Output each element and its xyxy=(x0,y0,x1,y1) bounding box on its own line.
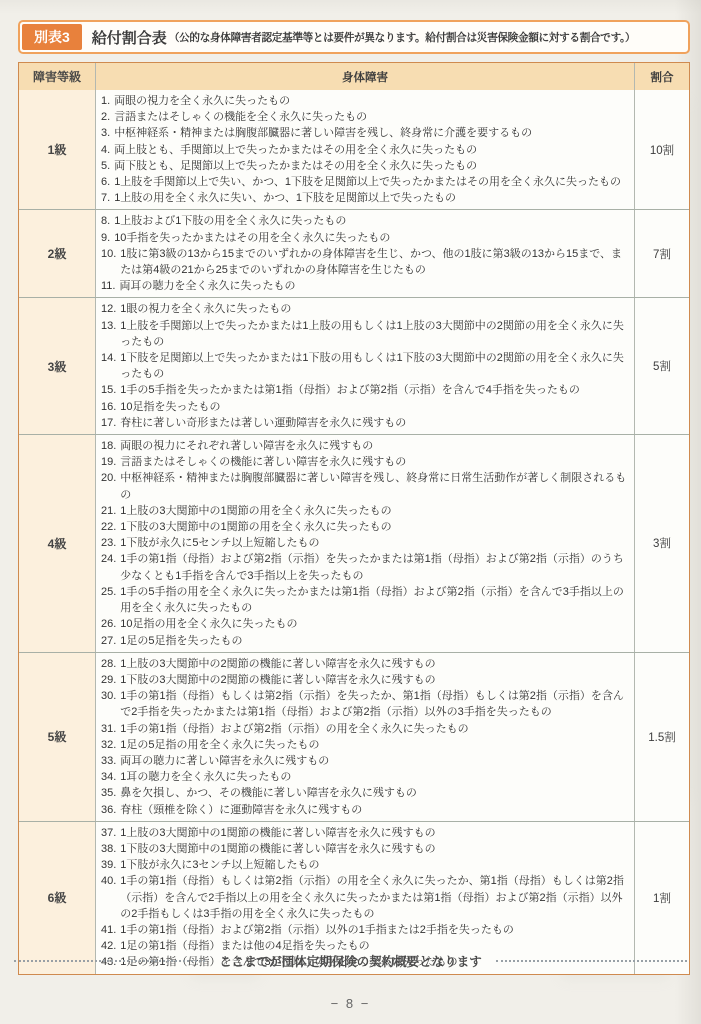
item-text: 1上肢の用を全く永久に失い、かつ、1下肢を足関節以上で失ったもの xyxy=(114,190,628,206)
disability-item: 40.1手の第1指（母指）もしくは第2指（示指）の用を全く永久に失ったか、第1指… xyxy=(101,873,628,922)
item-text: 脊柱に著しい奇形または著しい運動障害を永久に残すもの xyxy=(120,415,628,431)
header-ratio: 割合 xyxy=(634,63,689,90)
item-text: 1眼の視力を全く永久に失ったもの xyxy=(120,301,628,317)
disability-item: 31.1手の第1指（母指）および第2指（示指）の用を全く永久に失ったもの xyxy=(101,721,628,737)
item-text: 10足指を失ったもの xyxy=(120,399,628,415)
item-number: 3. xyxy=(101,125,110,141)
title-bar: 別表3 給付割合表 （公的な身体障害者認定基準等とは要件が異なります。給付割合は… xyxy=(18,20,690,54)
item-number: 29. xyxy=(101,672,116,688)
item-text: 両耳の聴力を全く永久に失ったもの xyxy=(119,278,628,294)
disability-item: 7.1上肢の用を全く永久に失い、かつ、1下肢を足関節以上で失ったもの xyxy=(101,190,628,206)
item-number: 28. xyxy=(101,656,116,672)
item-number: 38. xyxy=(101,841,116,857)
item-text: 1肢に第3級の13から15までのいずれかの身体障害を生じ、かつ、他の1肢に第3級… xyxy=(120,246,628,278)
item-text: 中枢神経系・精神または胸腹部臓器に著しい障害を残し、終身常に介護を要するもの xyxy=(114,125,628,141)
disability-item: 29.1下肢の3大関節中の2関節の機能に著しい障害を永久に残すもの xyxy=(101,672,628,688)
item-text: 1手の第1指（母指）および第2指（示指）を失ったかまたは第1指（母指）および第2… xyxy=(120,551,628,583)
item-text: 1下肢が永久に3センチ以上短縮したもの xyxy=(120,857,628,873)
section-end-divider: ここまでが団体定期保険の契約概要となります xyxy=(14,952,687,970)
item-text: 1下肢の3大関節中の1関節の用を全く永久に失ったもの xyxy=(120,519,628,535)
table-row: 4級 18.両眼の視力にそれぞれ著しい障害を永久に残すもの19.言語またはそしゃ… xyxy=(19,434,689,652)
item-number: 20. xyxy=(101,470,116,502)
disability-item: 6.1上肢を手関節以上で失い、かつ、1下肢を足関節以上で失ったかまたはその用を全… xyxy=(101,174,628,190)
grade-cell: 4級 xyxy=(19,435,96,652)
item-number: 14. xyxy=(101,350,116,382)
item-number: 37. xyxy=(101,825,116,841)
disability-item: 34.1耳の聴力を全く永久に失ったもの xyxy=(101,769,628,785)
scanned-document-page: { "page": { "badge": "別表3", "title": "給付… xyxy=(0,0,701,1024)
grade-cell: 5級 xyxy=(19,653,96,821)
disability-item: 13.1上肢を手関節以上で失ったかまたは1上肢の用もしくは1上肢の3大関節中の2… xyxy=(101,318,628,350)
disability-item: 30.1手の第1指（母指）もしくは第2指（示指）を失ったか、第1指（母指）もしく… xyxy=(101,688,628,720)
item-text: 1上肢の3大関節中の1関節の用を全く永久に失ったもの xyxy=(120,503,628,519)
item-number: 2. xyxy=(101,109,110,125)
disability-item: 19.言語またはそしゃくの機能に著しい障害を永久に残すもの xyxy=(101,454,628,470)
table-row: 2級 8.1上肢および1下肢の用を全く永久に失ったもの9.10手指を失ったかまた… xyxy=(19,209,689,297)
item-number: 19. xyxy=(101,454,116,470)
disability-item: 1.両眼の視力を全く永久に失ったもの xyxy=(101,93,628,109)
item-text: 中枢神経系・精神または胸腹部臓器に著しい障害を残し、終身常に日常生活動作が著しく… xyxy=(120,470,628,502)
item-number: 12. xyxy=(101,301,116,317)
table-row: 1級 1.両眼の視力を全く永久に失ったもの2.言語またはそしゃくの機能を全く永久… xyxy=(19,90,689,209)
disability-item: 14.1下肢を足関節以上で失ったかまたは1下肢の用もしくは1下肢の3大関節中の2… xyxy=(101,350,628,382)
disability-item: 27.1足の5足指を失ったもの xyxy=(101,633,628,649)
disability-items-cell: 28.1上肢の3大関節中の2関節の機能に著しい障害を永久に残すもの29.1下肢の… xyxy=(96,653,634,821)
item-number: 24. xyxy=(101,551,116,583)
grade-cell: 2級 xyxy=(19,210,96,297)
item-number: 11. xyxy=(101,278,115,294)
item-text: 10手指を失ったかまたはその用を全く永久に失ったもの xyxy=(114,230,628,246)
item-text: 1上肢および1下肢の用を全く永久に失ったもの xyxy=(114,213,628,229)
disability-item: 36.脊柱（頸椎を除く）に運動障害を永久に残すもの xyxy=(101,802,628,818)
page-title: 給付割合表 xyxy=(92,27,167,48)
item-number: 35. xyxy=(101,785,116,801)
item-text: 1手の第1指（母指）および第2指（示指）以外の1手指または2手指を失ったもの xyxy=(120,922,628,938)
disability-item: 20.中枢神経系・精神または胸腹部臓器に著しい障害を残し、終身常に日常生活動作が… xyxy=(101,470,628,502)
dotted-line-left xyxy=(14,960,205,962)
item-number: 31. xyxy=(101,721,116,737)
ratio-cell: 7割 xyxy=(634,210,689,297)
item-number: 40. xyxy=(101,873,116,922)
item-number: 13. xyxy=(101,318,116,350)
disability-item: 10.1肢に第3級の13から15までのいずれかの身体障害を生じ、かつ、他の1肢に… xyxy=(101,246,628,278)
item-number: 32. xyxy=(101,737,116,753)
item-number: 22. xyxy=(101,519,116,535)
disability-item: 5.両下肢とも、足関節以上で失ったかまたはその用を全く永久に失ったもの xyxy=(101,158,628,174)
disability-item: 3.中枢神経系・精神または胸腹部臓器に著しい障害を残し、終身常に介護を要するもの xyxy=(101,125,628,141)
item-text: 1下肢を足関節以上で失ったかまたは1下肢の用もしくは1下肢の3大関節中の2関節の… xyxy=(120,350,628,382)
table-row: 6級 37.1上肢の3大関節中の1関節の機能に著しい障害を永久に残すもの38.1… xyxy=(19,821,689,974)
item-text: 1手の第1指（母指）および第2指（示指）の用を全く永久に失ったもの xyxy=(120,721,628,737)
item-text: 1手の第1指（母指）もしくは第2指（示指）の用を全く永久に失ったか、第1指（母指… xyxy=(120,873,628,922)
item-text: 鼻を欠損し、かつ、その機能に著しい障害を永久に残すもの xyxy=(120,785,628,801)
item-number: 27. xyxy=(101,633,116,649)
ratio-cell: 10割 xyxy=(634,90,689,209)
disability-item: 8.1上肢および1下肢の用を全く永久に失ったもの xyxy=(101,213,628,229)
item-number: 36. xyxy=(101,802,116,818)
item-number: 23. xyxy=(101,535,116,551)
item-text: 1耳の聴力を全く永久に失ったもの xyxy=(120,769,628,785)
item-text: 1足の5足指を失ったもの xyxy=(120,633,628,649)
item-number: 34. xyxy=(101,769,116,785)
item-text: 両眼の視力を全く永久に失ったもの xyxy=(114,93,628,109)
item-text: 言語またはそしゃくの機能に著しい障害を永久に残すもの xyxy=(120,454,628,470)
disability-items-cell: 18.両眼の視力にそれぞれ著しい障害を永久に残すもの19.言語またはそしゃくの機… xyxy=(96,435,634,652)
item-number: 6. xyxy=(101,174,110,190)
item-number: 9. xyxy=(101,230,110,246)
disability-items-cell: 37.1上肢の3大関節中の1関節の機能に著しい障害を永久に残すもの38.1下肢の… xyxy=(96,822,634,974)
disability-item: 26.10足指の用を全く永久に失ったもの xyxy=(101,616,628,632)
disability-item: 17.脊柱に著しい奇形または著しい運動障害を永久に残すもの xyxy=(101,415,628,431)
disability-item: 22.1下肢の3大関節中の1関節の用を全く永久に失ったもの xyxy=(101,519,628,535)
item-number: 21. xyxy=(101,503,116,519)
disability-items-cell: 12.1眼の視力を全く永久に失ったもの13.1上肢を手関節以上で失ったかまたは1… xyxy=(96,298,634,434)
item-number: 7. xyxy=(101,190,110,206)
disability-item: 12.1眼の視力を全く永久に失ったもの xyxy=(101,301,628,317)
item-text: 脊柱（頸椎を除く）に運動障害を永久に残すもの xyxy=(120,802,628,818)
disability-item: 37.1上肢の3大関節中の1関節の機能に著しい障害を永久に残すもの xyxy=(101,825,628,841)
disability-item: 23.1下肢が永久に5センチ以上短縮したもの xyxy=(101,535,628,551)
item-text: 10足指の用を全く永久に失ったもの xyxy=(120,616,628,632)
item-text: 1下肢が永久に5センチ以上短縮したもの xyxy=(120,535,628,551)
disability-item: 21.1上肢の3大関節中の1関節の用を全く永久に失ったもの xyxy=(101,503,628,519)
item-number: 1. xyxy=(101,93,110,109)
disability-items-cell: 8.1上肢および1下肢の用を全く永久に失ったもの9.10手指を失ったかまたはその… xyxy=(96,210,634,297)
item-number: 26. xyxy=(101,616,116,632)
section-end-note: ここまでが団体定期保険の契約概要となります xyxy=(219,952,482,970)
grade-cell: 1級 xyxy=(19,90,96,209)
item-text: 1足の5足指の用を全く永久に失ったもの xyxy=(120,737,628,753)
disability-item: 4.両上肢とも、手関節以上で失ったかまたはその用を全く永久に失ったもの xyxy=(101,142,628,158)
table-header-row: 障害等級 身体障害 割合 xyxy=(19,63,689,90)
item-number: 10. xyxy=(101,246,116,278)
item-number: 17. xyxy=(101,415,116,431)
disability-item: 25.1手の5手指の用を全く永久に失ったかまたは第1指（母指）および第2指（示指… xyxy=(101,584,628,616)
item-number: 30. xyxy=(101,688,116,720)
disability-item: 24.1手の第1指（母指）および第2指（示指）を失ったかまたは第1指（母指）およ… xyxy=(101,551,628,583)
item-text: 1手の5手指の用を全く永久に失ったかまたは第1指（母指）および第2指（示指）を含… xyxy=(120,584,628,616)
item-text: 言語またはそしゃくの機能を全く永久に失ったもの xyxy=(114,109,628,125)
ratio-cell: 1割 xyxy=(634,822,689,974)
item-text: 1上肢を手関節以上で失い、かつ、1下肢を足関節以上で失ったかまたはその用を全く永… xyxy=(114,174,628,190)
dotted-line-right xyxy=(496,960,687,962)
item-text: 1手の5手指を失ったかまたは第1指（母指）および第2指（示指）を含んで4手指を失… xyxy=(120,382,628,398)
item-number: 25. xyxy=(101,584,116,616)
item-text: 1下肢の3大関節中の1関節の機能に著しい障害を永久に残すもの xyxy=(120,841,628,857)
item-text: 両眼の視力にそれぞれ著しい障害を永久に残すもの xyxy=(120,438,628,454)
disability-item: 15.1手の5手指を失ったかまたは第1指（母指）および第2指（示指）を含んで4手… xyxy=(101,382,628,398)
item-number: 41. xyxy=(101,922,116,938)
item-text: 両下肢とも、足関節以上で失ったかまたはその用を全く永久に失ったもの xyxy=(114,158,628,174)
header-disability: 身体障害 xyxy=(96,63,634,90)
item-text: 1上肢の3大関節中の2関節の機能に著しい障害を永久に残すもの xyxy=(120,656,628,672)
grade-cell: 3級 xyxy=(19,298,96,434)
ratio-cell: 1.5割 xyxy=(634,653,689,821)
disability-items-cell: 1.両眼の視力を全く永久に失ったもの2.言語またはそしゃくの機能を全く永久に失っ… xyxy=(96,90,634,209)
table-row: 3級 12.1眼の視力を全く永久に失ったもの13.1上肢を手関節以上で失ったかま… xyxy=(19,297,689,434)
grade-cell: 6級 xyxy=(19,822,96,974)
page-number: − 8 − xyxy=(0,996,701,1011)
item-text: 両耳の聴力に著しい障害を永久に残すもの xyxy=(120,753,628,769)
item-number: 33. xyxy=(101,753,116,769)
ratio-cell: 3割 xyxy=(634,435,689,652)
disability-item: 38.1下肢の3大関節中の1関節の機能に著しい障害を永久に残すもの xyxy=(101,841,628,857)
page-title-note: （公的な身体障害者認定基準等とは要件が異なります。給付割合は災害保険金額に対する… xyxy=(169,30,636,45)
item-number: 39. xyxy=(101,857,116,873)
disability-item: 41.1手の第1指（母指）および第2指（示指）以外の1手指または2手指を失ったも… xyxy=(101,922,628,938)
item-text: 1下肢の3大関節中の2関節の機能に著しい障害を永久に残すもの xyxy=(120,672,628,688)
disability-item: 35.鼻を欠損し、かつ、その機能に著しい障害を永久に残すもの xyxy=(101,785,628,801)
item-number: 4. xyxy=(101,142,110,158)
disability-item: 16.10足指を失ったもの xyxy=(101,399,628,415)
disability-item: 11.両耳の聴力を全く永久に失ったもの xyxy=(101,278,628,294)
appendix-badge: 別表3 xyxy=(22,24,82,50)
item-number: 8. xyxy=(101,213,110,229)
header-grade: 障害等級 xyxy=(19,63,96,90)
ratio-cell: 5割 xyxy=(634,298,689,434)
disability-item: 9.10手指を失ったかまたはその用を全く永久に失ったもの xyxy=(101,230,628,246)
item-number: 15. xyxy=(101,382,116,398)
benefit-ratio-table: 障害等級 身体障害 割合 1級 1.両眼の視力を全く永久に失ったもの2.言語また… xyxy=(18,62,690,975)
item-text: 1上肢を手関節以上で失ったかまたは1上肢の用もしくは1上肢の3大関節中の2関節の… xyxy=(120,318,628,350)
item-text: 1手の第1指（母指）もしくは第2指（示指）を失ったか、第1指（母指）もしくは第2… xyxy=(120,688,628,720)
document-content: 別表3 給付割合表 （公的な身体障害者認定基準等とは要件が異なります。給付割合は… xyxy=(18,20,690,975)
disability-item: 18.両眼の視力にそれぞれ著しい障害を永久に残すもの xyxy=(101,438,628,454)
disability-item: 28.1上肢の3大関節中の2関節の機能に著しい障害を永久に残すもの xyxy=(101,656,628,672)
disability-item: 33.両耳の聴力に著しい障害を永久に残すもの xyxy=(101,753,628,769)
item-text: 両上肢とも、手関節以上で失ったかまたはその用を全く永久に失ったもの xyxy=(114,142,628,158)
item-number: 16. xyxy=(101,399,116,415)
item-number: 5. xyxy=(101,158,110,174)
table-body: 1級 1.両眼の視力を全く永久に失ったもの2.言語またはそしゃくの機能を全く永久… xyxy=(19,90,689,974)
disability-item: 2.言語またはそしゃくの機能を全く永久に失ったもの xyxy=(101,109,628,125)
table-row: 5級 28.1上肢の3大関節中の2関節の機能に著しい障害を永久に残すもの29.1… xyxy=(19,652,689,821)
disability-item: 39.1下肢が永久に3センチ以上短縮したもの xyxy=(101,857,628,873)
item-number: 18. xyxy=(101,438,116,454)
disability-item: 32.1足の5足指の用を全く永久に失ったもの xyxy=(101,737,628,753)
item-text: 1上肢の3大関節中の1関節の機能に著しい障害を永久に残すもの xyxy=(120,825,628,841)
